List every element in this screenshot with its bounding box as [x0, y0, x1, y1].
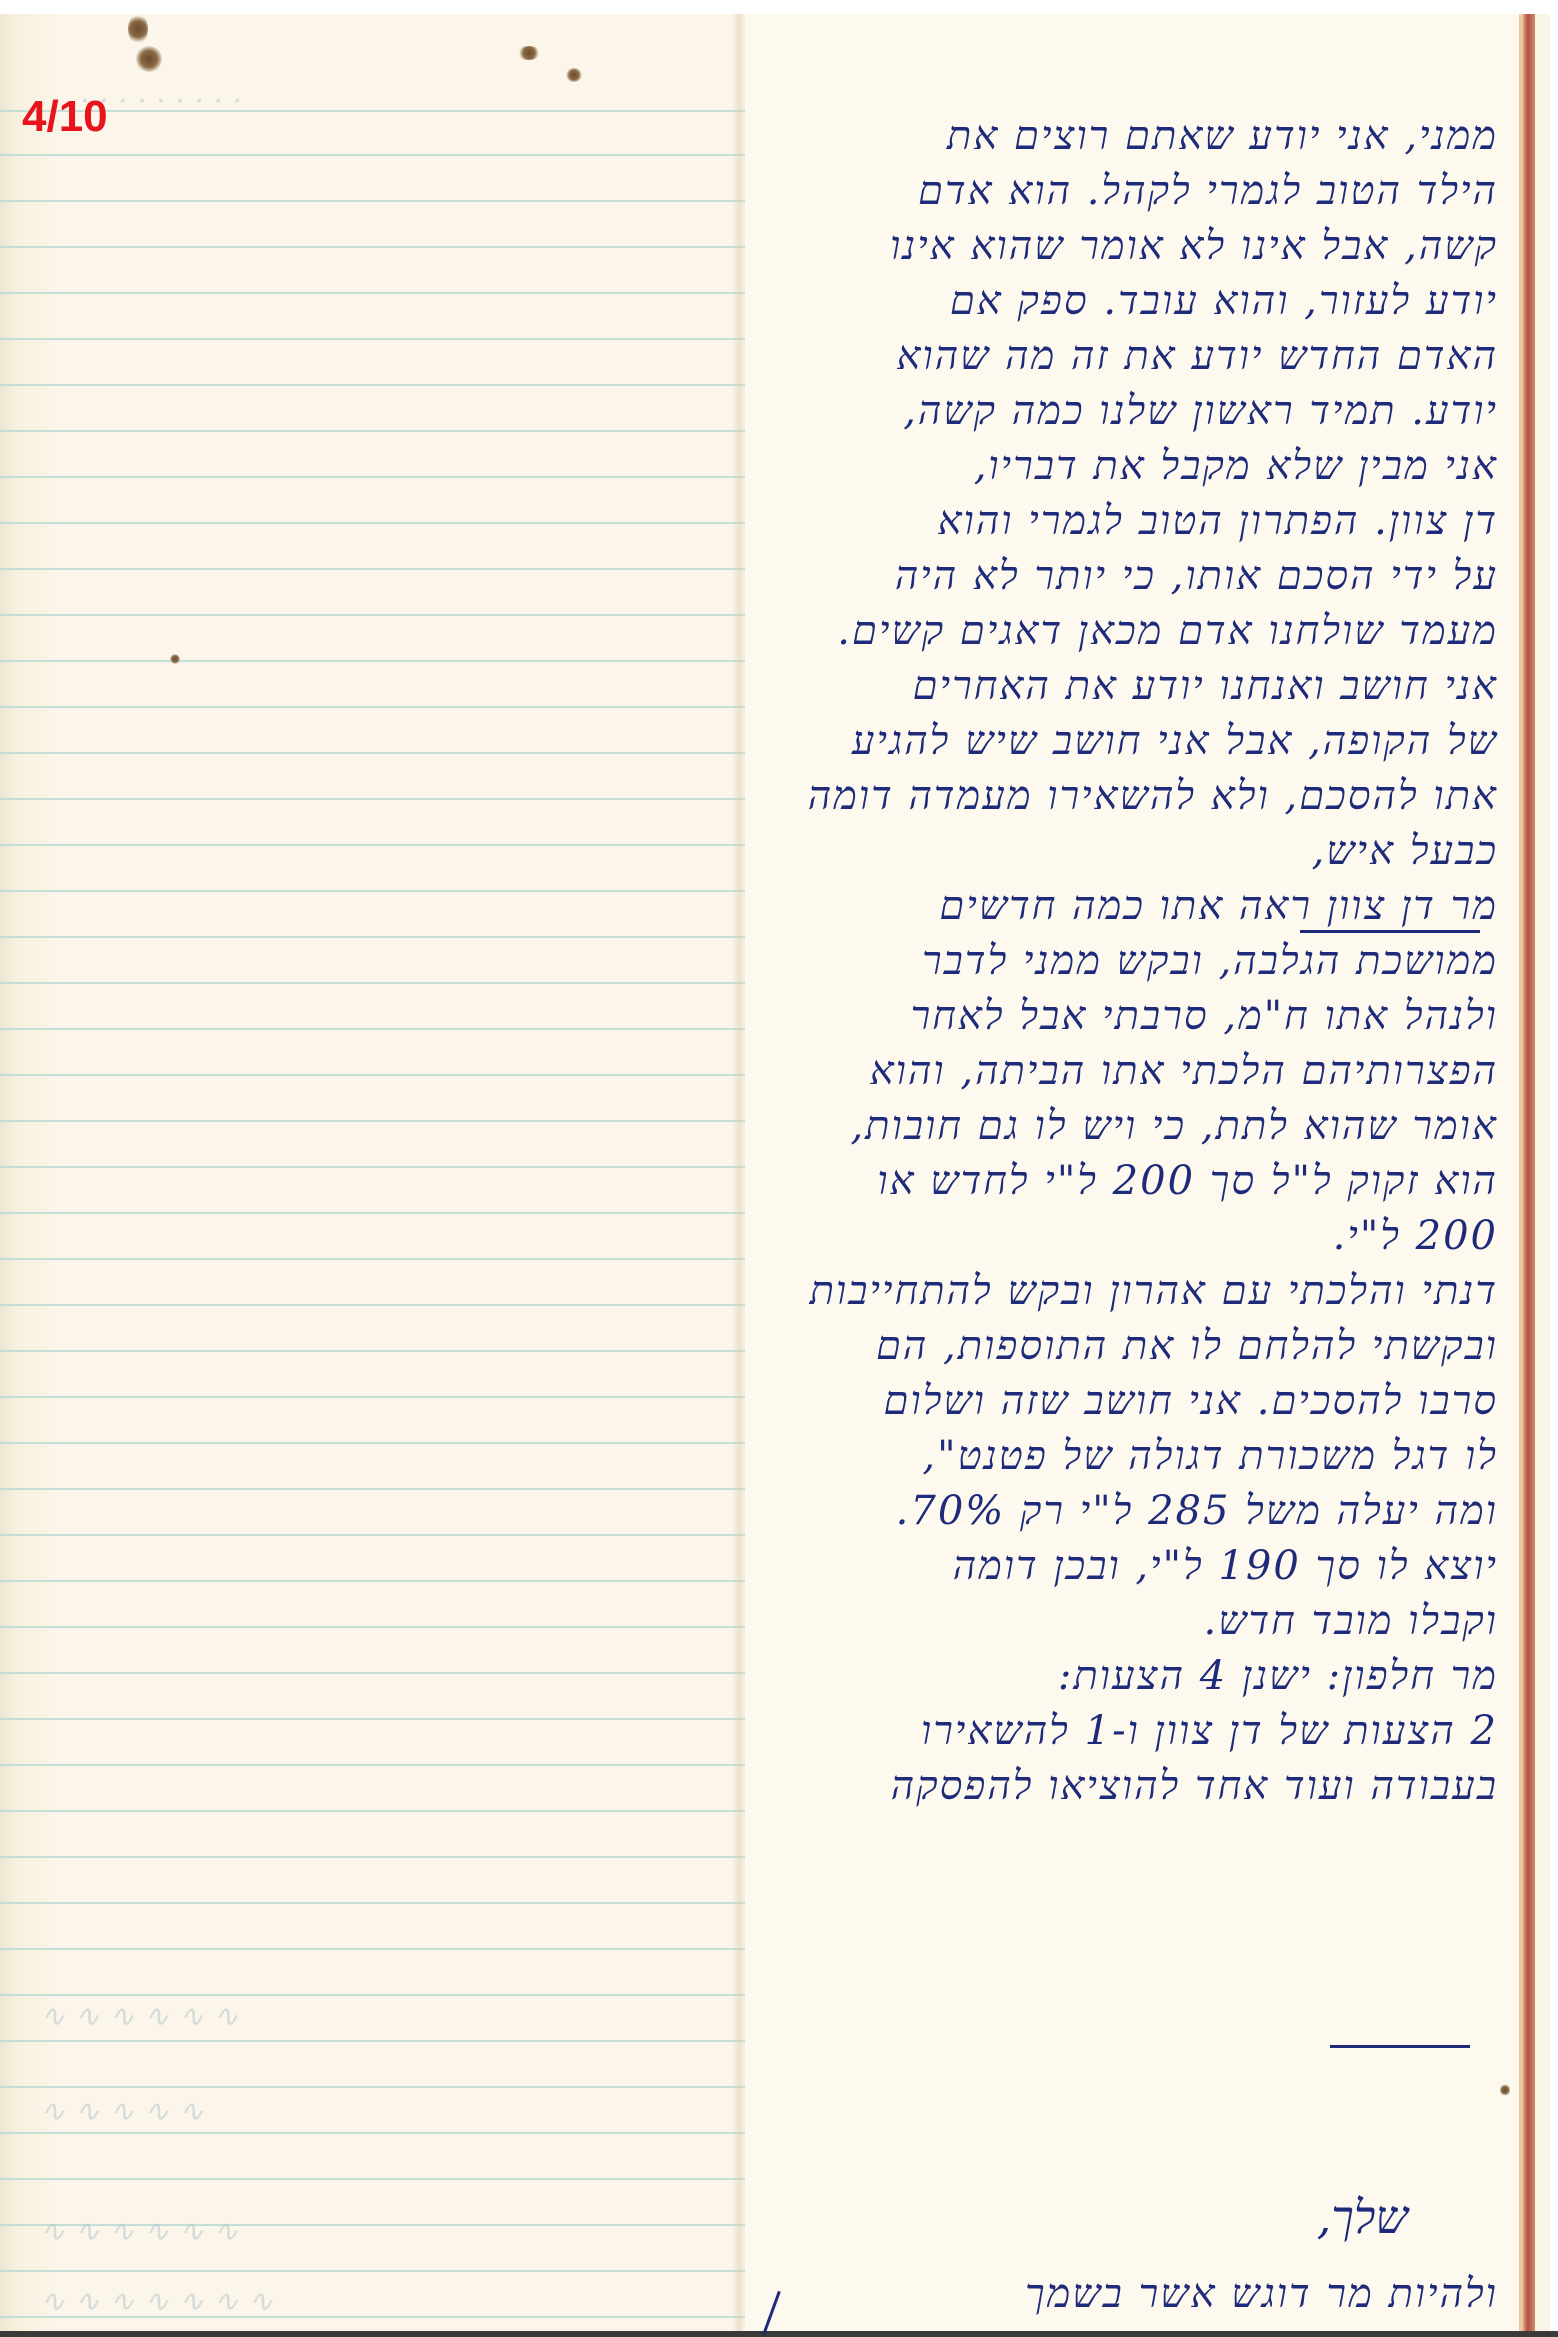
left-page-ruled: · · · · · · · · · ∿ ∿ ∿ ∿ ∿ ∿ ∿ ∿ ∿ ∿ ∿ … [0, 14, 745, 2332]
handwritten-line: קשה, אבל אינו לא אומר שהוא אינו [718, 222, 1498, 269]
handwritten-line: ממני, אני יודע שאתם רוצים את [718, 112, 1498, 159]
rule-line [0, 982, 760, 984]
speaker-underline [1300, 930, 1480, 933]
handwritten-line: ומה יעלה משל 285 ל"י רק 70%. [718, 1487, 1498, 1534]
rule-line [0, 614, 760, 616]
rule-line [0, 568, 760, 570]
rule-line [0, 936, 760, 938]
handwritten-line: בעבודה ועוד אחד להוציאו להפסקה [718, 1762, 1498, 1809]
handwritten-line-underlined-speaker: מר חלפון: ישנן 4 הצעות: [718, 1652, 1498, 1699]
rule-line [0, 522, 760, 524]
handwritten-line: אומר שהוא לתת, כי ויש לו גם חובות, [718, 1102, 1498, 1149]
bleed-through-text: ∿ ∿ ∿ ∿ ∿ ∿ [40, 1999, 239, 2034]
handwritten-line: הוא זקוק ל"ל סך 200 ל"י לחדש או [718, 1157, 1498, 1204]
rule-line [0, 1810, 760, 1812]
handwritten-line: יוצא לו סך 190 ל"י, ובכן דומה [718, 1542, 1498, 1589]
handwritten-line: כבעל איש, [718, 827, 1498, 874]
handwritten-line: אני מבין שלא מקבל את דבריו, [718, 442, 1498, 489]
signature: שלך, [1317, 2190, 1408, 2244]
handwritten-line: 200 ל"י. [718, 1212, 1498, 1259]
speaker-underline [1330, 2045, 1470, 2048]
rule-line [0, 2040, 760, 2042]
rule-line [0, 1856, 760, 1858]
bleed-through-text: ∿ ∿ ∿ ∿ ∿ ∿ ∿ [40, 2284, 273, 2319]
rule-line [0, 1074, 760, 1076]
rule-line [0, 1304, 760, 1306]
handwritten-line: סרבו להסכים. אני חושב שזה ושלום [718, 1377, 1498, 1424]
rule-line [0, 1764, 760, 1766]
bleed-through-text: ∿ ∿ ∿ ∿ ∿ [40, 2094, 204, 2129]
rule-line [0, 1442, 760, 1444]
handwritten-line: הילד הטוב לגמרי לקהל. הוא אדם [718, 167, 1498, 214]
rule-line [0, 1258, 760, 1260]
rule-line [0, 246, 760, 248]
rule-line [0, 430, 760, 432]
rule-line [0, 1350, 760, 1352]
rule-line [0, 1488, 760, 1490]
paper-stain [170, 654, 180, 664]
rule-line [0, 1626, 760, 1628]
rule-line [0, 2178, 760, 2180]
rule-line [0, 2270, 760, 2272]
rule-line [0, 1902, 760, 1904]
page-number-label: 4/10 [22, 92, 108, 142]
rule-line [0, 1396, 760, 1398]
paper-stain [518, 46, 540, 60]
rule-line [0, 338, 760, 340]
binding-edge [1523, 14, 1535, 2332]
rule-line [0, 2132, 760, 2134]
rule-line [0, 1534, 760, 1536]
handwritten-line: ולנהל אתו ח"מ, סרבתי אבל לאחר [718, 992, 1498, 1039]
rule-line [0, 2086, 760, 2088]
rule-line [0, 1994, 760, 1996]
rule-line [0, 384, 760, 386]
handwritten-line: מעמד שולחנו אדם מכאן דאגים קשים. [718, 607, 1498, 654]
rule-line [0, 752, 760, 754]
handwritten-line: דן צוון. הפתרון הטוב לגמרי והוא [718, 497, 1498, 544]
handwritten-line: ובקשתי להלחם לו את התוספות, הם [718, 1322, 1498, 1369]
rule-line [0, 1672, 760, 1674]
rule-line [0, 706, 760, 708]
handwritten-line: של הקופה, אבל אני חושב שיש להגיע [718, 717, 1498, 764]
rule-line [0, 154, 760, 156]
bleed-through-text: ∿ ∿ ∿ ∿ ∿ ∿ [40, 2214, 239, 2249]
handwritten-line: האדם החדש יודע את זה מה שהוא [718, 332, 1498, 379]
rule-line [0, 200, 760, 202]
handwritten-line: אתו להסכם, ולא להשאירו מעמדה דומה [718, 772, 1498, 819]
rule-line [0, 1580, 760, 1582]
scan-bottom-edge [0, 2331, 1558, 2337]
paper-stain [136, 46, 162, 72]
handwritten-line: אני חושב ואנחנו יודע את האחרים [718, 662, 1498, 709]
handwritten-line: יודע. תמיד ראשון שלנו כמה קשה, [718, 387, 1498, 434]
handwritten-line-underlined-speaker: מר דן צוון ראה אתו כמה חדשים [718, 882, 1498, 929]
handwritten-line: הפצרותיהם הלכתי אתו הביתה, והוא [718, 1047, 1498, 1094]
paper-stain [1500, 2084, 1510, 2096]
handwritten-line: על ידי הסכם אותו, כי יותר לא היה [718, 552, 1498, 599]
handwritten-line: יודע לעזור, והוא עובד. ספק אם [718, 277, 1498, 324]
rule-line [0, 1212, 760, 1214]
handwritten-line: לו דגל משכורת דגולה של פטנט", [718, 1432, 1498, 1479]
handwritten-line: וקבלו מובד חדש. [718, 1597, 1498, 1644]
rule-line [0, 1028, 760, 1030]
handwritten-line: 2 הצעות של דן צוון ו-1 להשאירו [718, 1707, 1498, 1754]
paper-stain [566, 68, 582, 82]
rule-line [0, 1166, 760, 1168]
rule-line [0, 890, 760, 892]
rule-line [0, 1948, 760, 1950]
rule-line [0, 1718, 760, 1720]
rule-line [0, 660, 760, 662]
rule-line [0, 476, 760, 478]
paper-stain [128, 14, 148, 44]
rule-line [0, 844, 760, 846]
handwritten-line: ולהיות מר דוגש אשר בשמך [718, 2270, 1498, 2317]
handwritten-line: ממושכת הגלבה, ובקש ממני לדבר [718, 937, 1498, 984]
handwritten-line: דנתי והלכתי עם אהרון ובקש להתחייבות [718, 1267, 1498, 1314]
rule-line [0, 1120, 760, 1122]
rule-line [0, 798, 760, 800]
rule-line [0, 292, 760, 294]
